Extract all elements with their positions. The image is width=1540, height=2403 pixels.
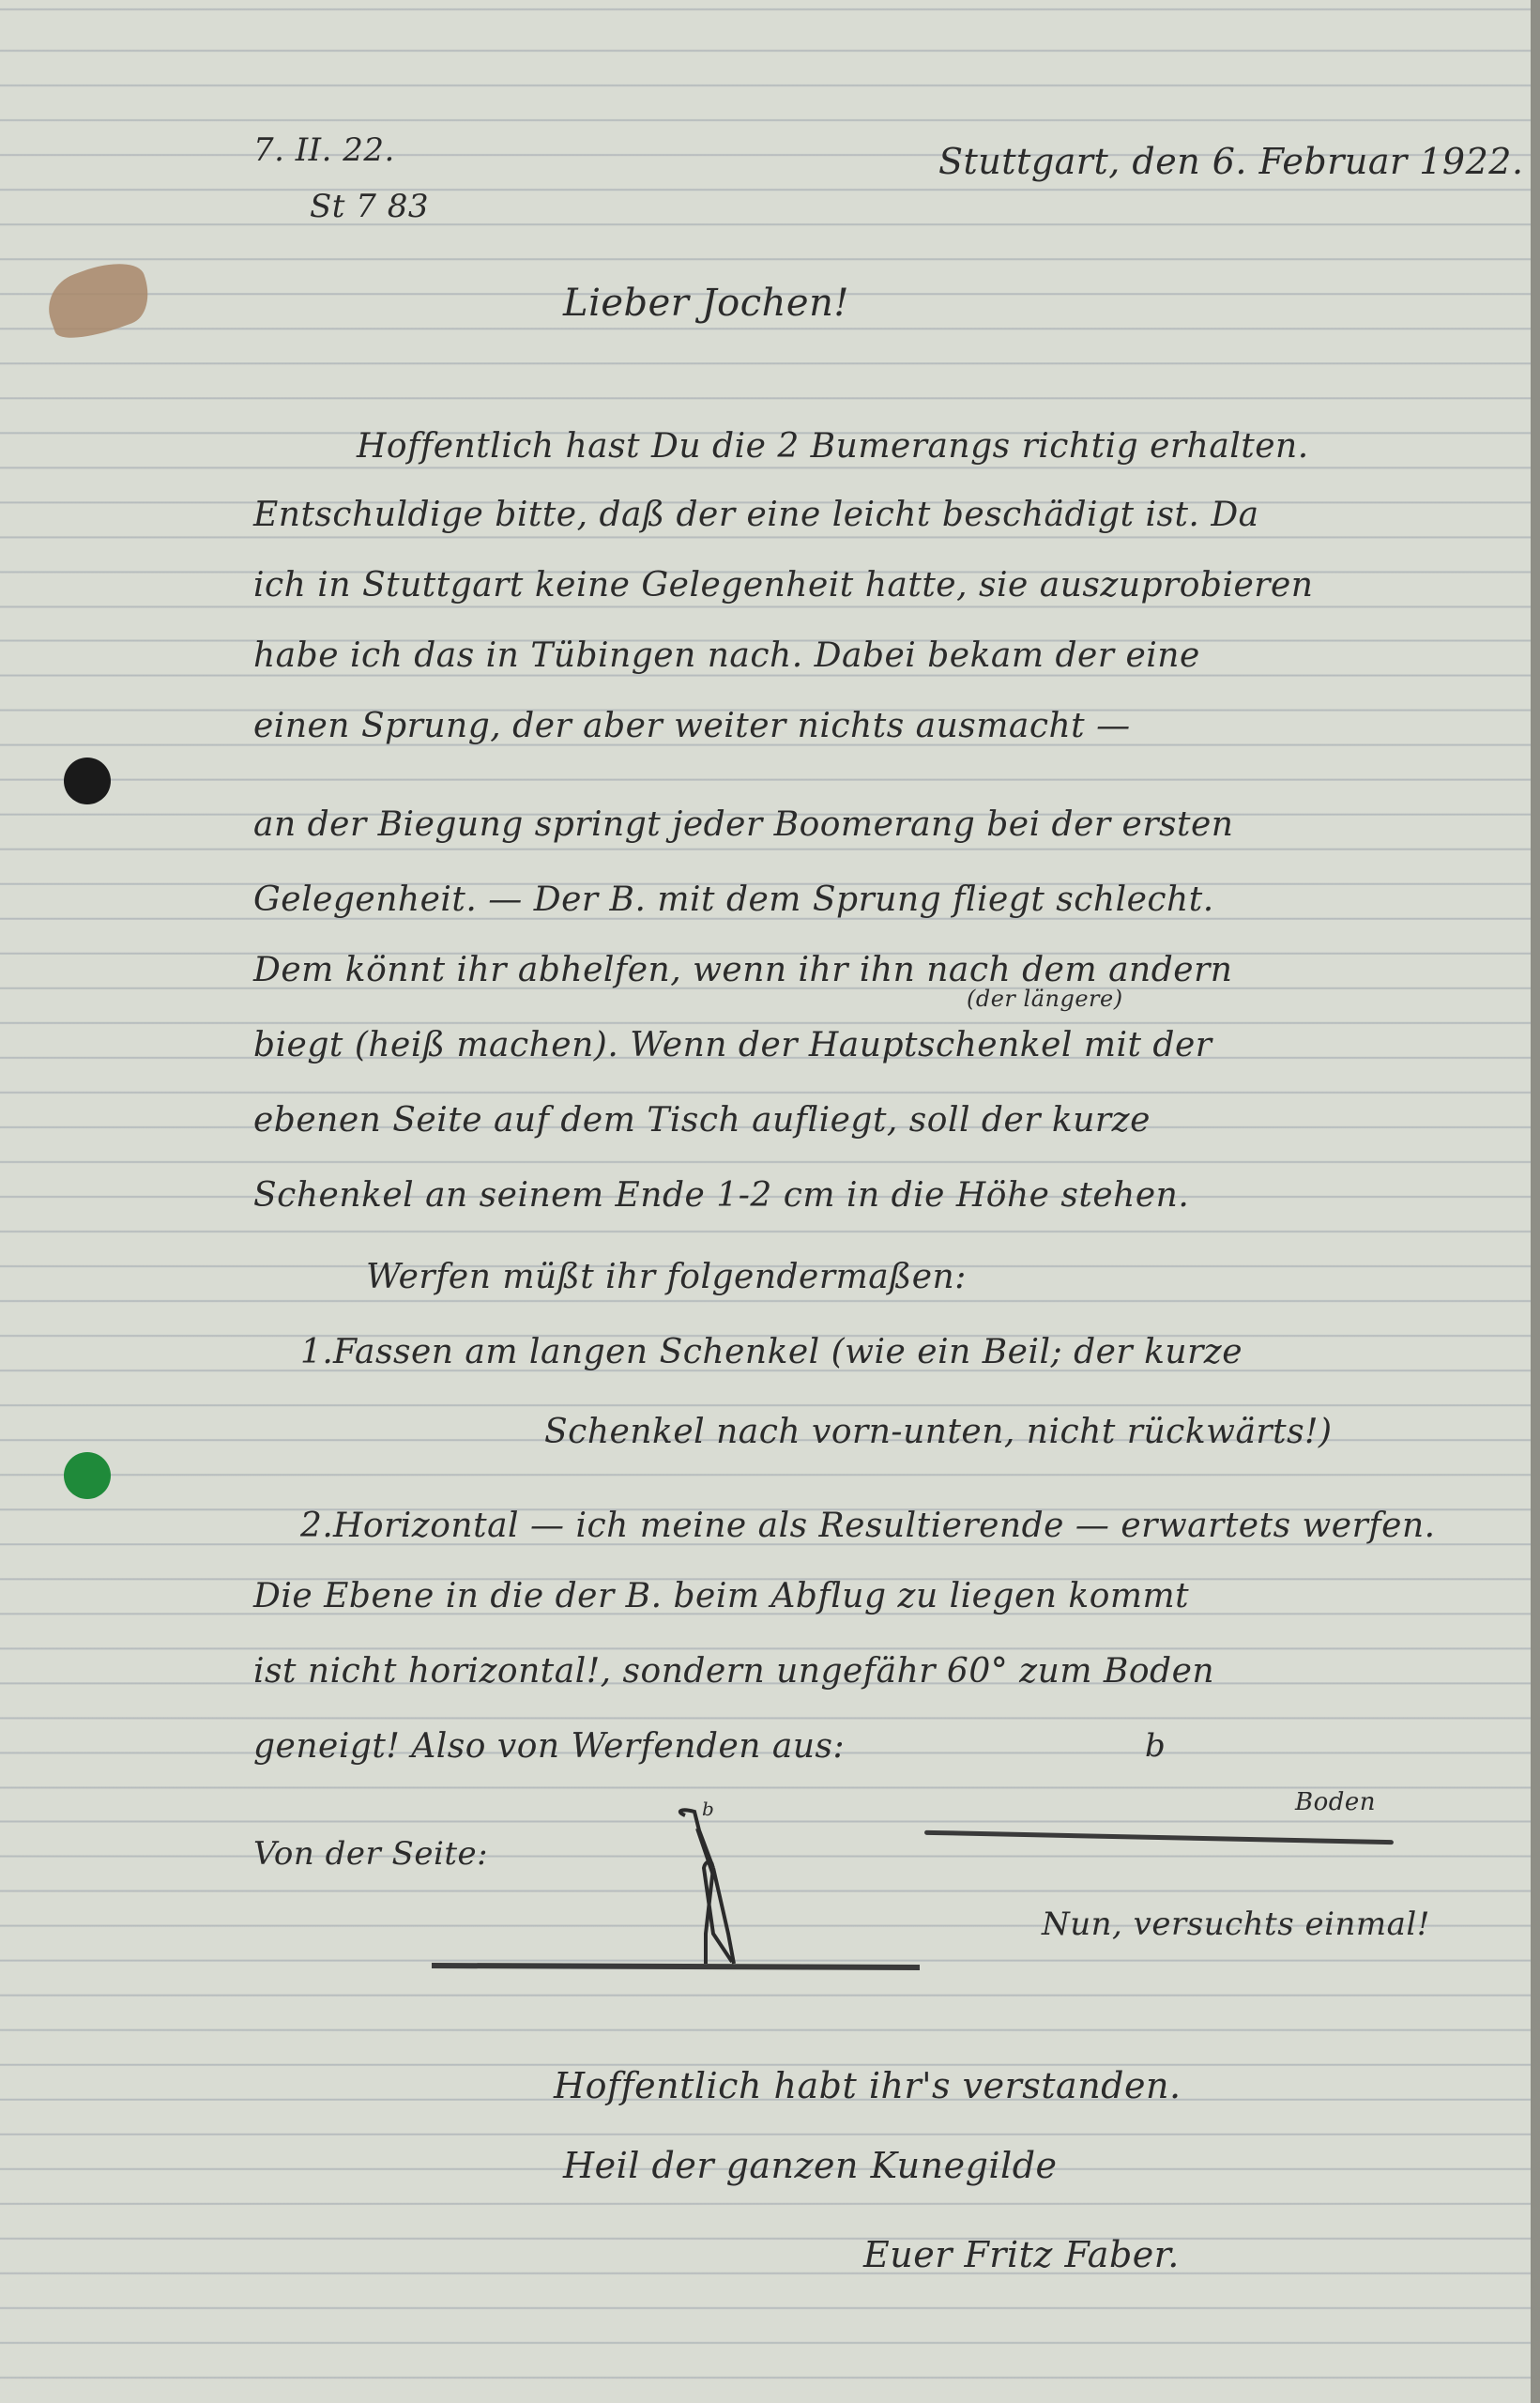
body-line: habe ich das in Tübingen nach. Dabei bek… — [253, 636, 1200, 675]
body-line: ebenen Seite auf dem Tisch aufliegt, sol… — [253, 1101, 1151, 1140]
thrower-figure-drawing — [432, 1802, 957, 2013]
figure-label: b — [702, 1798, 714, 1820]
item-number: 1. — [300, 1333, 333, 1371]
archive-mark-number: St 7 83 — [310, 188, 429, 225]
above-line-insert: (der längere) — [967, 986, 1123, 1012]
place-date: Stuttgart, den 6. Februar 1922. — [938, 141, 1524, 182]
item-line: Horizontal — ich meine als Resultierende… — [333, 1507, 1436, 1545]
ground-line-right — [924, 1830, 1394, 1844]
body-line: Schenkel an seinem Ende 1-2 cm in die Hö… — [253, 1176, 1189, 1215]
ground-label: Boden — [1295, 1788, 1376, 1816]
punch-hole-black — [64, 758, 111, 804]
body-line: Entschuldige bitte, daß der eine leicht … — [253, 496, 1259, 534]
punch-hole-green — [64, 1452, 111, 1499]
item-line: Fassen am langen Schenkel (wie ein Beil;… — [333, 1333, 1243, 1371]
body-line: einen Sprung, der aber weiter nichts aus… — [253, 707, 1131, 745]
letter-page: 7. II. 22. St 7 83 Stuttgart, den 6. Feb… — [0, 0, 1540, 2403]
closing-line: Heil der ganzen Kunegilde — [563, 2145, 1058, 2186]
item-line: Die Ebene in die der B. beim Abflug zu l… — [253, 1577, 1189, 1615]
page-edge — [1531, 0, 1540, 2403]
signature: Euer Fritz Faber. — [863, 2234, 1180, 2275]
stick-figure-icon — [432, 1802, 957, 2009]
diagram-label-b: b — [1145, 1727, 1166, 1765]
body-line: an der Biegung springt jeder Boomerang b… — [253, 805, 1233, 844]
body-line: Dem könnt ihr abhelfen, wenn ihr ihn nac… — [253, 951, 1232, 989]
closing-line: Hoffentlich habt ihr's verstanden. — [554, 2065, 1182, 2106]
archive-mark-date: 7. II. 22. — [253, 131, 395, 169]
instructions-intro: Werfen müßt ihr folgendermaßen: — [366, 1258, 967, 1296]
body-line: Hoffentlich hast Du die 2 Bumerangs rich… — [357, 427, 1309, 466]
item-number: 2. — [300, 1507, 333, 1545]
body-line: ich in Stuttgart keine Gelegenheit hatte… — [253, 566, 1314, 605]
salutation: Lieber Jochen! — [563, 282, 849, 325]
body-line: Gelegenheit. — Der B. mit dem Sprung fli… — [253, 880, 1214, 919]
paper-stain — [38, 252, 158, 348]
body-line: biegt (heiß machen). Wenn der Hauptschen… — [253, 1026, 1212, 1064]
item-line: Schenkel nach vorn-unten, nicht rückwärt… — [544, 1413, 1333, 1451]
item-line: geneigt! Also von Werfenden aus: — [253, 1727, 845, 1766]
right-note: Nun, versuchts einmal! — [1042, 1906, 1430, 1943]
item-line: ist nicht horizontal!, sondern ungefähr … — [253, 1652, 1214, 1691]
